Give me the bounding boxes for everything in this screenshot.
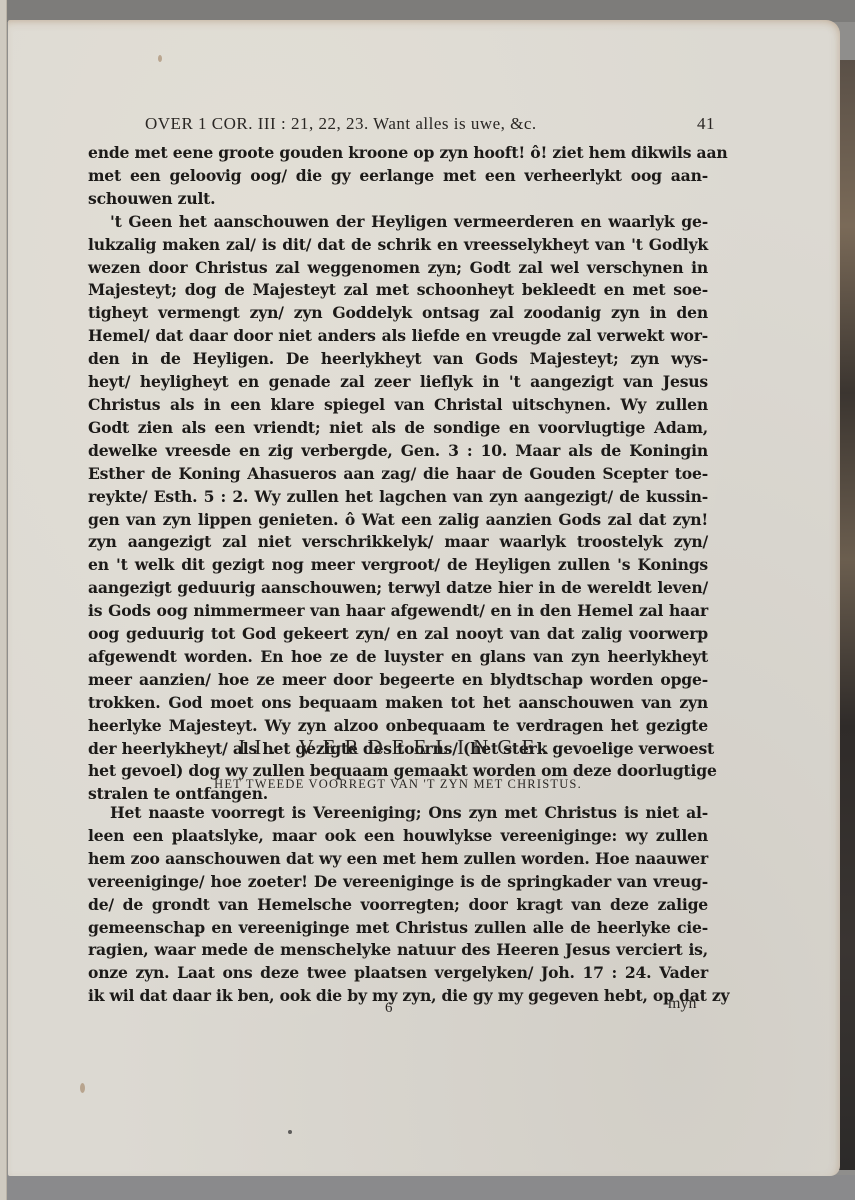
running-head-title: OVER 1 COR. III : 21, 22, 23. Want alles… bbox=[145, 114, 537, 134]
text-line: afgewendt worden. En hoe ze de luyster e… bbox=[88, 646, 708, 669]
book-binding-edge bbox=[838, 60, 855, 1170]
body-text-section-2: Het naaste voorregt is Vereeniging; Ons … bbox=[88, 802, 708, 1008]
text-line: vereeniginge/ hoe zoeter! De vereeniging… bbox=[88, 871, 708, 894]
text-line: ik wil dat daar ik ben, ook die by my zy… bbox=[88, 985, 708, 1008]
text-line: en 't welk dit gezigt nog meer vergroot/… bbox=[88, 554, 708, 577]
text-line: dewelke vreesde en zig verbergde, Gen. 3… bbox=[88, 440, 708, 463]
text-line: aangezigt geduurig aanschouwen; terwyl d… bbox=[88, 577, 708, 600]
text-line: wezen door Christus zal weggenomen zyn; … bbox=[88, 257, 708, 280]
text-line: reykte/ Esth. 5 : 2. Wy zullen het lagch… bbox=[88, 486, 708, 509]
running-head: OVER 1 COR. III : 21, 22, 23. Want alles… bbox=[145, 114, 715, 134]
body-text-section-1: ende met eene groote gouden kroone op zy… bbox=[88, 142, 708, 806]
text-line: ende met eene groote gouden kroone op zy… bbox=[88, 142, 708, 165]
text-line: lukzalig maken zal/ is dit/ dat de schri… bbox=[88, 234, 708, 257]
text-line: onze zyn. Laat ons deze twee plaatsen ve… bbox=[88, 962, 708, 985]
text-line: gemeenschap en vereeniginge met Christus… bbox=[88, 917, 708, 940]
scan-background-bottom bbox=[0, 1175, 855, 1200]
text-line: 't Geen het aanschouwen der Heyligen ver… bbox=[88, 211, 708, 234]
text-line: schouwen zult. bbox=[88, 188, 708, 211]
text-line: den in de Heyligen. De heerlykheyt van G… bbox=[88, 348, 708, 371]
text-line: leen een plaatslyke, maar ook een houwly… bbox=[88, 825, 708, 848]
text-line: meer aanzien/ hoe ze meer door begeerte … bbox=[88, 669, 708, 692]
text-line: Het naaste voorregt is Vereeniging; Ons … bbox=[88, 802, 708, 825]
scan-background-top bbox=[0, 0, 855, 22]
text-line: oog geduurig tot God gekeert zyn/ en zal… bbox=[88, 623, 708, 646]
text-line: trokken. God moet ons bequaam maken tot … bbox=[88, 692, 708, 715]
text-line: Christus als in een klare spiegel van Ch… bbox=[88, 394, 708, 417]
text-line: gen van zyn lippen genieten. ô Wat een z… bbox=[88, 509, 708, 532]
section-subheading: HET TWEEDE VOORREGT VAN 'T ZYN MET CHRIS… bbox=[88, 777, 708, 792]
text-line: is Gods oog nimmermeer van haar afgewend… bbox=[88, 600, 708, 623]
text-line: met een geloovig oog/ die gy eerlange me… bbox=[88, 165, 708, 188]
signature-mark: 6 bbox=[385, 1000, 393, 1017]
text-line: Godt zien als een vriendt; niet als de s… bbox=[88, 417, 708, 440]
foxing-spot bbox=[80, 1083, 85, 1093]
text-line: ragien, waar mede de menschelyke natuur … bbox=[88, 939, 708, 962]
text-line: Hemel/ dat daar door niet anders als lie… bbox=[88, 325, 708, 348]
text-line: Esther de Koning Ahasueros aan zag/ die … bbox=[88, 463, 708, 486]
text-line: heyt/ heyligheyt en genade zal zeer lief… bbox=[88, 371, 708, 394]
foxing-spot bbox=[158, 55, 162, 62]
section-heading: II. VERDEELINGE. bbox=[88, 735, 708, 760]
text-line: Majesteyt; dog de Majesteyt zal met scho… bbox=[88, 279, 708, 302]
catchword: myn bbox=[668, 995, 696, 1013]
text-line: de/ de grondt van Hemelsche voorregten; … bbox=[88, 894, 708, 917]
text-line: hem zoo aanschouwen dat wy een met hem z… bbox=[88, 848, 708, 871]
text-line: zyn aangezigt zal niet verschrikkelyk/ m… bbox=[88, 531, 708, 554]
page-number: 41 bbox=[697, 114, 715, 134]
text-line: tigheyt vermengt zyn/ zyn Goddelyk ontsa… bbox=[88, 302, 708, 325]
facing-page-edge bbox=[0, 0, 7, 1200]
ink-speck bbox=[288, 1130, 292, 1134]
